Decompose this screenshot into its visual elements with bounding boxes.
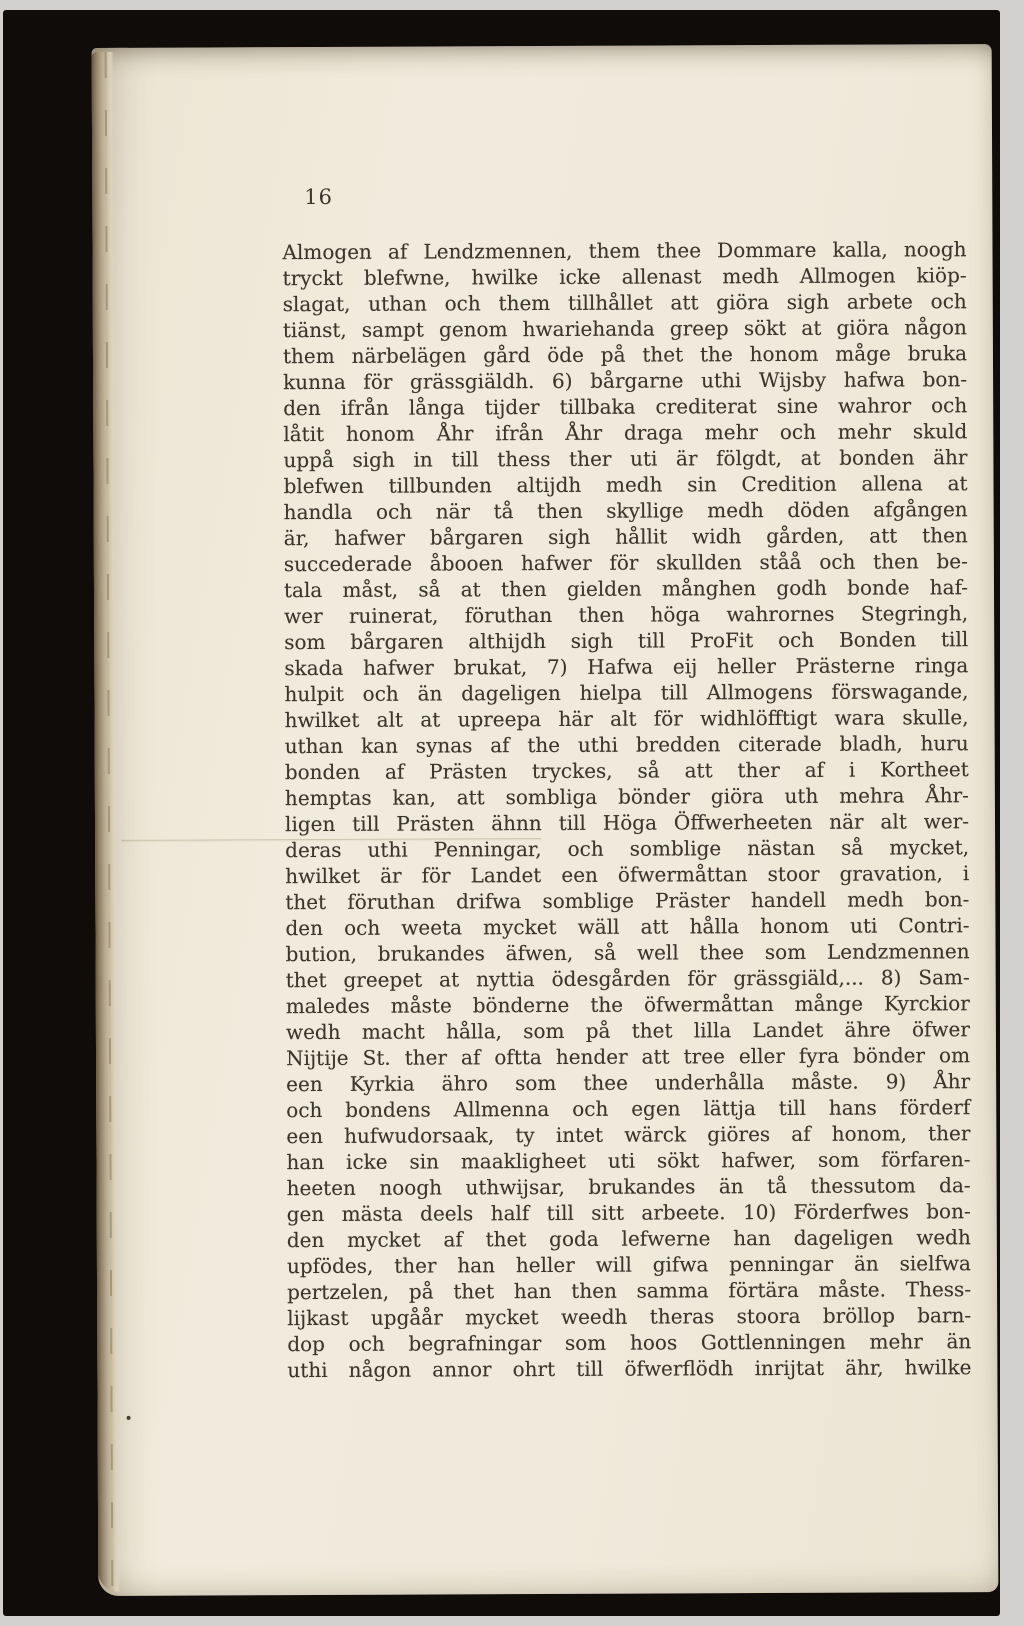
- page-fore-edge: [92, 52, 121, 1592]
- paper-speck: [127, 1416, 131, 1420]
- page-number: 16: [304, 185, 333, 209]
- page-body-text: Almogen af Lendzmennen, them thee Dommar…: [282, 236, 971, 1383]
- book-cover-backing: 16 Almogen af Lendzmennen, them thee Dom…: [3, 10, 1000, 1616]
- book-page: 16 Almogen af Lendzmennen, them thee Dom…: [92, 44, 999, 1596]
